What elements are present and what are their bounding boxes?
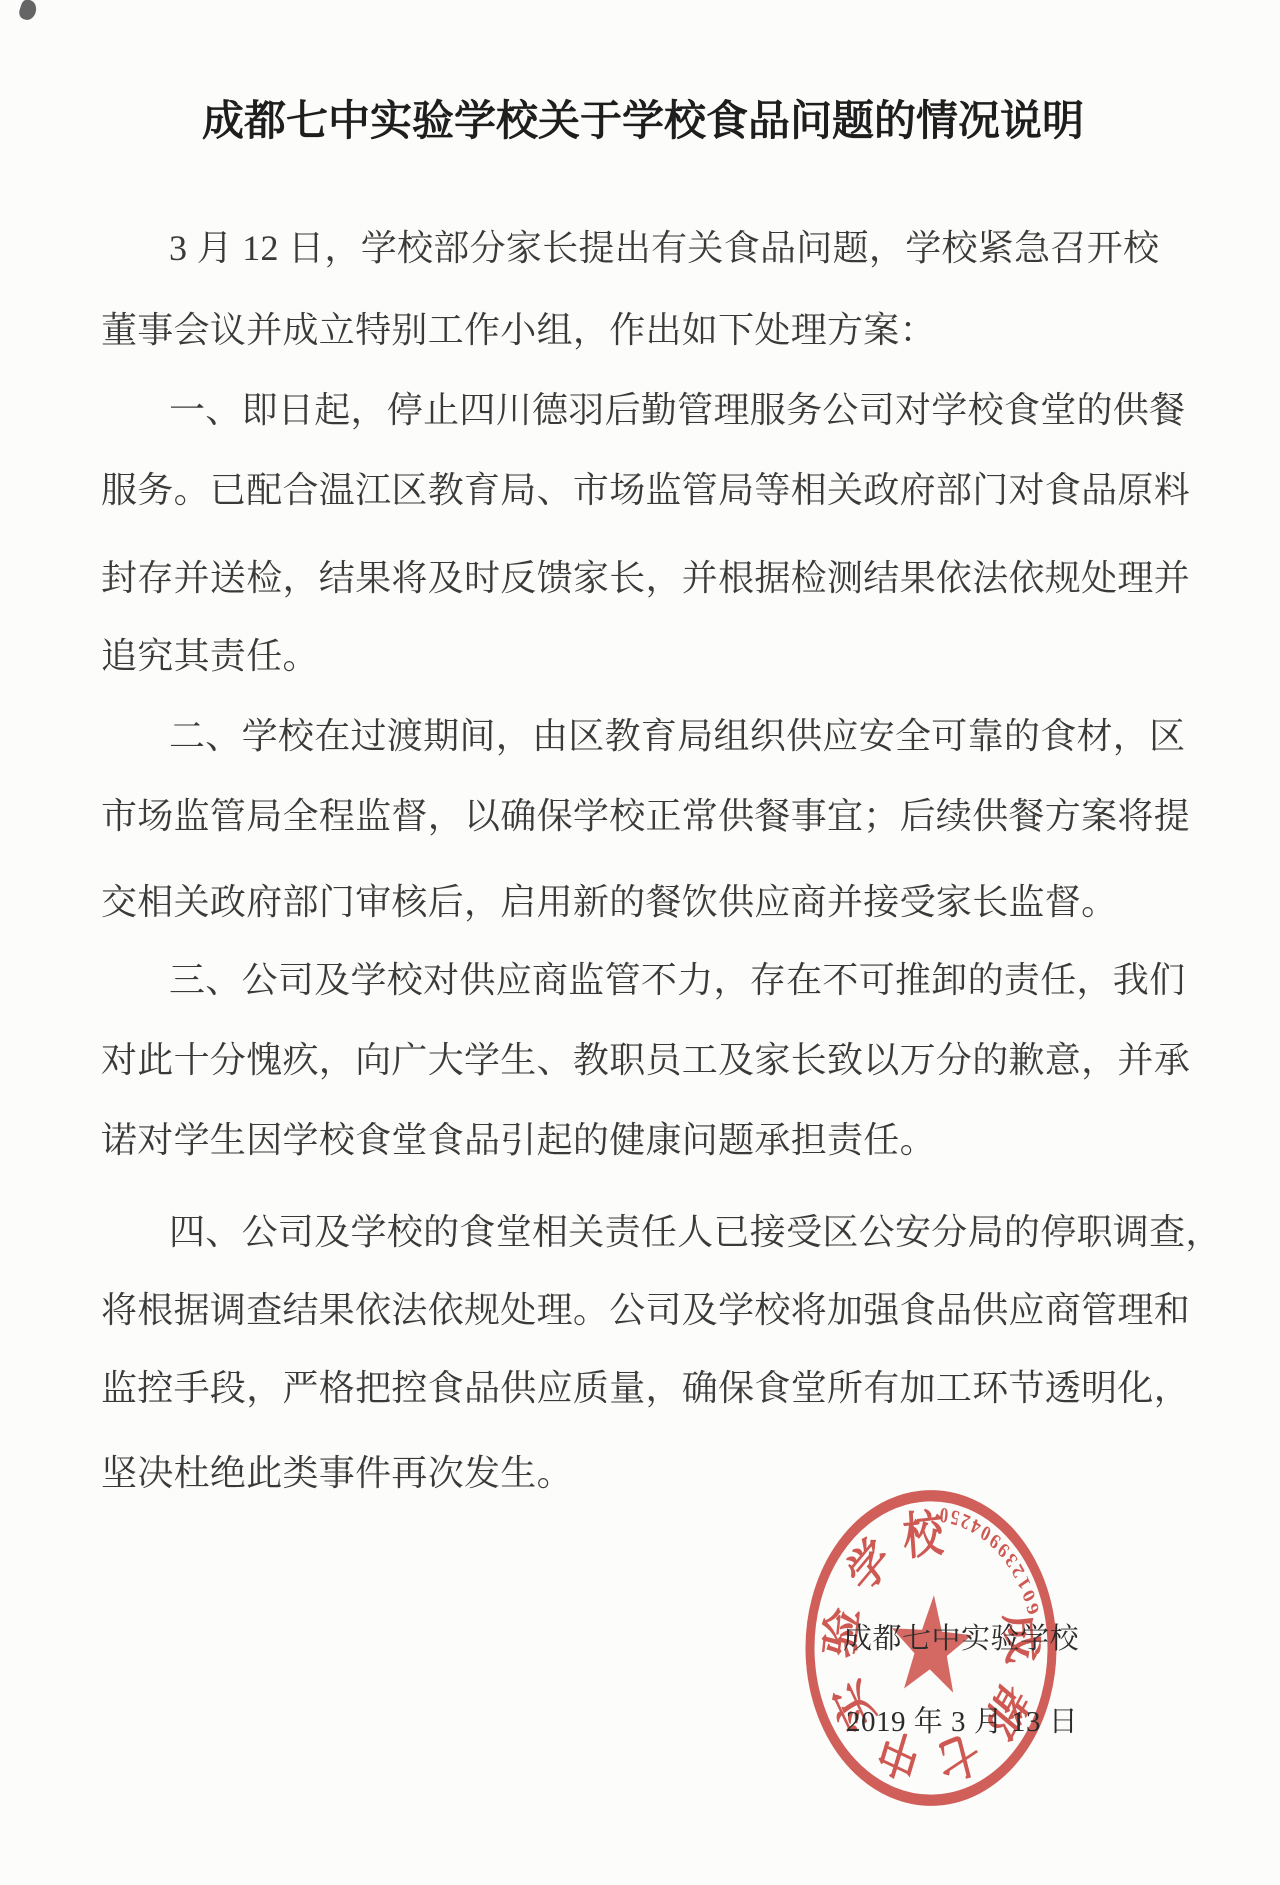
text-line: 诺对学生因学校食堂食品引起的健康问题承担责任。 [101,1118,936,1162]
text-line: 对此十分愧疚，向广大学生、教职员工及家长致以万分的歉意，并承 [101,1038,1190,1082]
scan-artifact-speck [17,0,38,22]
text-line: 一、即日起，停止四川德羽后勤管理服务公司对学校食堂的供餐 [101,388,1185,432]
text-line: 服务。已配合温江区教育局、市场监管局等相关政府部门对食品原料 [101,468,1190,512]
text-line: 四、公司及学校的食堂相关责任人已接受区公安分局的停职调查， [101,1210,1222,1254]
scanned-document-page: 成都七中实验学校关于学校食品问题的情况说明 3 月 12 日，学校部分家长提出有… [0,0,1280,1885]
text-line: 封存并送检，结果将及时反馈家长，并根据检测结果依法依规处理并 [101,556,1190,600]
text-line: 监控手段，严格把控食品供应质量，确保食堂所有加工环节透明化， [101,1366,1190,1410]
text-line: 董事会议并成立特别工作小组，作出如下处理方案： [101,308,936,352]
document-title: 成都七中实验学校关于学校食品问题的情况说明 [202,97,1084,147]
text-line: 二、学校在过渡期间，由区教育局组织供应安全可靠的食材，区 [101,714,1185,758]
text-line: 三、公司及学校对供应商监管不力，存在不可推卸的责任，我们 [101,958,1185,1002]
text-line: 追究其责任。 [101,634,319,678]
seal-serial-digit: 5 [949,1504,961,1529]
text-line: 坚决杜绝此类事件再次发生。 [101,1451,573,1495]
text-line: 交相关政府部门审核后，启用新的餐饮供应商并接受家长监督。 [101,880,1117,924]
text-line: 将根据调查结果依法依规处理。公司及学校将加强食品供应商管理和 [101,1288,1190,1332]
text-line: 3 月 12 日，学校部分家长提出有关食品问题，学校紧急召开校 [101,226,1159,270]
seal-ring-char: 校 [901,1505,946,1566]
text-line: 市场监管局全程监督，以确保学校正常供餐事宜；后续供餐方案将提 [101,794,1190,838]
signature-school-name: 成都七中实验学校 [843,1616,1079,1657]
signature-date: 2019 年 3 月 13 日 [846,1699,1078,1740]
